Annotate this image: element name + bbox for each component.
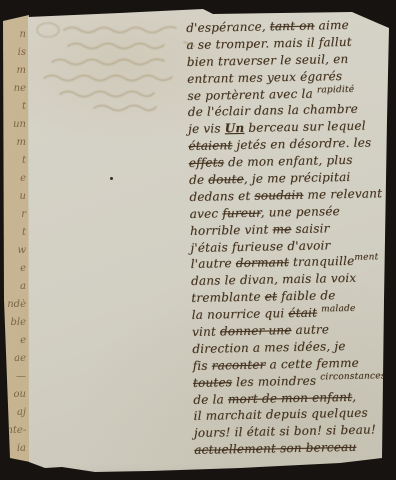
facing-page-fragment: ou	[0, 390, 26, 400]
manuscript-text: d'espérance, tant on aimea se tromper. m…	[186, 16, 396, 459]
facing-page-fragment: aj	[0, 408, 26, 418]
facing-page-fragment: is	[0, 48, 26, 58]
facing-page-fragment: ae	[0, 354, 26, 364]
facing-page-fragment: r	[0, 210, 26, 220]
facing-page-fragment: ble	[0, 318, 26, 328]
facing-page-fragment: m	[0, 66, 26, 76]
facing-page-fragment: unte-	[0, 426, 26, 436]
facing-page-fragment: m	[0, 138, 26, 148]
facing-page-fragment: t	[0, 102, 26, 112]
facing-page-fragment: t	[0, 156, 26, 166]
facing-page-fragment: e	[0, 264, 26, 274]
facing-page-fragment: e	[0, 174, 26, 184]
ink-speck	[110, 177, 113, 180]
manuscript-text-line: toutes les moindres circonstances	[193, 371, 396, 392]
facing-page-fragment: e	[0, 336, 26, 346]
facing-page-fragment: w	[0, 246, 26, 256]
facing-page-fragment: u	[0, 192, 26, 202]
manuscript-page: d'espérance, tant on aimea se tromper. m…	[0, 0, 396, 480]
scanned-manuscript: nismnetunmteurtweandèbleeae—ouajunte-ia …	[0, 0, 396, 480]
facing-page-fragment: ne	[0, 84, 26, 94]
facing-page-fragment: a	[0, 282, 26, 292]
facing-page-fragment: —	[0, 372, 26, 382]
manuscript-text-line: actuellement son berceau	[194, 438, 396, 459]
facing-page-fragment: ndè	[0, 300, 26, 310]
facing-page-fragment: n	[0, 30, 26, 40]
facing-page-fragment: un	[0, 120, 26, 130]
facing-page-fragment: ia	[0, 444, 26, 454]
facing-page-fragment: t	[0, 228, 26, 238]
